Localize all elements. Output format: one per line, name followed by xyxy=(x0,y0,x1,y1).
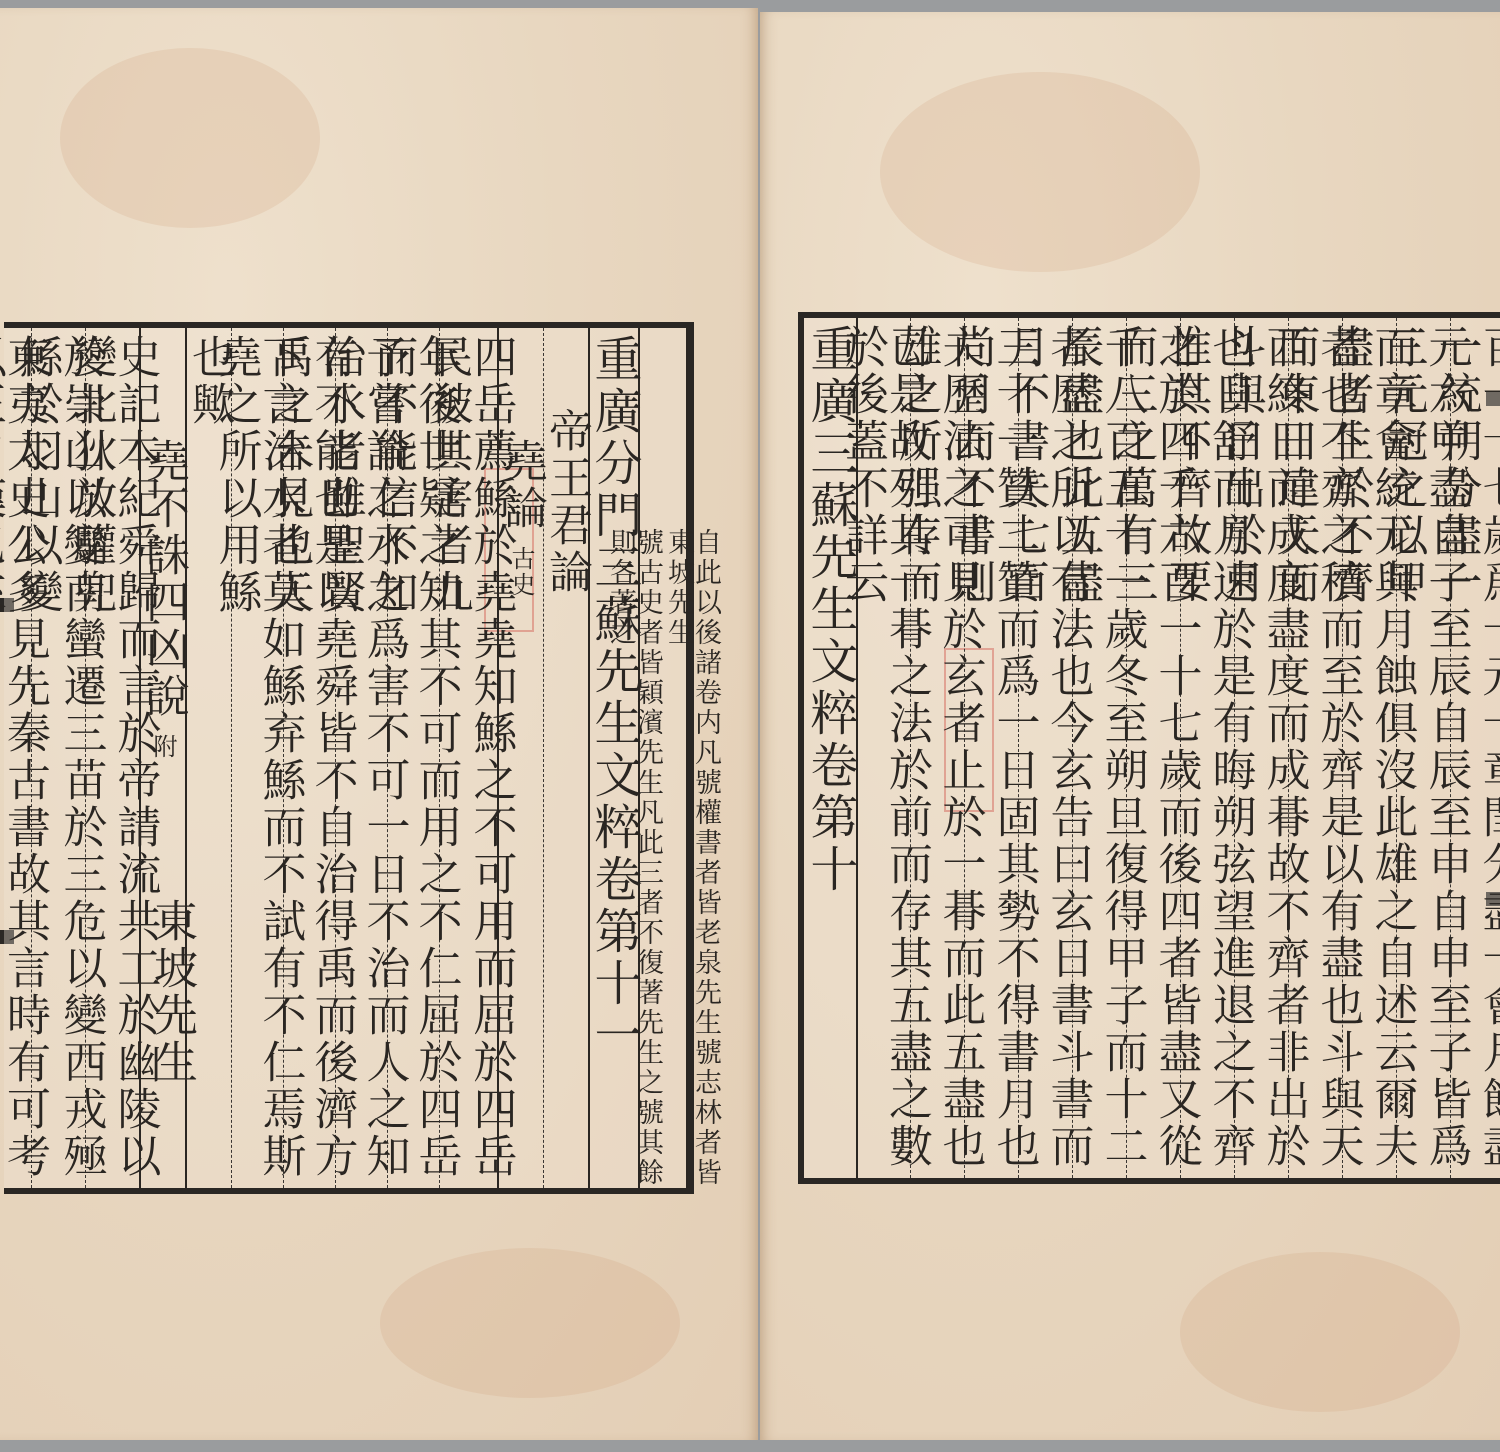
book-spread: 自此以後諸卷内凡號權書者皆老泉先生號志林者皆東坡先生 號古史者皆穎濱先生凡此三者… xyxy=(0,0,1500,1452)
volume-title: 重廣分門三蘇先生文粹卷第十一 xyxy=(590,328,638,1188)
text-columns: 自此以後諸卷内凡號權書者皆老泉先生號志林者皆東坡先生 號古史者皆穎濱先生凡此三者… xyxy=(4,328,688,1188)
volume-title: 重廣三蘇先生文粹卷第十 xyxy=(806,318,854,1178)
printed-frame-left: 自此以後諸卷内凡號權書者皆老泉先生號志林者皆東坡先生 號古史者皆穎濱先生凡此三者… xyxy=(4,322,694,1194)
paper-stain xyxy=(880,72,1200,272)
printed-frame-right: 百一十七歲爲一元一章閏分盡一會月蝕盡一統朔分盡一 元六甲盡自子至辰自辰至申自申至… xyxy=(798,312,1500,1184)
section-heading-column: 帝王君論 xyxy=(543,328,588,1188)
paper-stain xyxy=(60,48,320,228)
appendix-text: 東夷太史公多見先秦古書故其言時有可考以正自漢已來 xyxy=(0,328,46,1188)
section-heading: 帝王君論 xyxy=(544,328,588,1188)
left-page: 自此以後諸卷内凡號權書者皆老泉先生號志林者皆東坡先生 號古史者皆穎濱先生凡此三者… xyxy=(0,8,758,1440)
note-line-1: 自此以後諸卷内凡號權書者皆老泉先生號志林者皆東坡先生 xyxy=(665,528,719,1188)
appendix-column: 東夷太史公多見先秦古書故其言時有可考以正自漢已來 xyxy=(0,328,31,1188)
body-column: 已是故列其一朞之法於前而存其五盡之數於後蓋不詳云 xyxy=(856,318,910,1178)
body-column: 下言治水者莫如鯀弃鯀而不試有不仁焉斯堯之所以用鯀 xyxy=(231,328,283,1188)
title-column: 重廣三蘇先生文粹卷第十 xyxy=(804,318,856,1178)
paper-stain xyxy=(380,1248,680,1398)
text-columns: 百一十七歲爲一元一章閏分盡一會月蝕盡一統朔分盡一 元六甲盡自子至辰自辰至申自申至… xyxy=(804,318,1500,1178)
paper-stain xyxy=(1180,1252,1460,1412)
right-page: 百一十七歲爲一元一章閏分盡一會月蝕盡一統朔分盡一 元六甲盡自子至辰自辰至申自申至… xyxy=(760,12,1500,1440)
title-column: 重廣分門三蘇先生文粹卷第十一 xyxy=(588,328,638,1188)
note-column: 自此以後諸卷内凡號權書者皆老泉先生號志林者皆東坡先生 號古史者皆穎濱先生凡此三者… xyxy=(638,328,686,1188)
